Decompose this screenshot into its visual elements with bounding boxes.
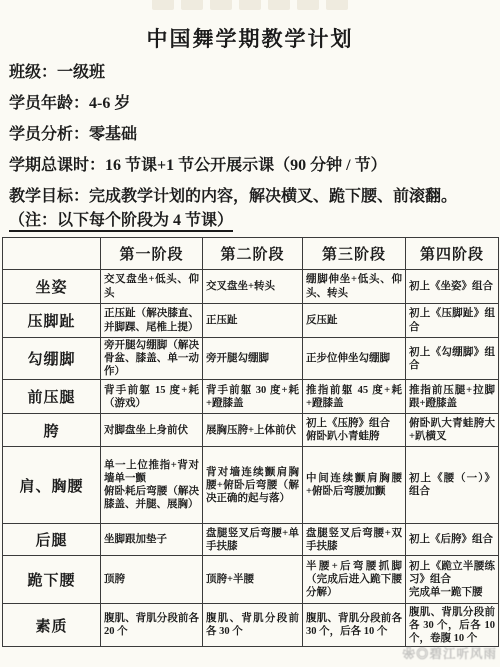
table-cell: 对脚盘坐上身前伏 (101, 414, 203, 447)
info-line: 学员年龄：4-6 岁 (9, 88, 494, 119)
table-row: 勾绷脚旁开腿勾绷脚（解决骨盆、膝盖、单一动作）旁开腿勾绷脚正步位伸坐勾绷脚初上《… (3, 338, 499, 380)
row-label: 压脚趾 (3, 304, 101, 338)
page-title: 中国舞学期教学计划 (0, 23, 500, 53)
table-cell: 初上《压胯》组合 俯卧趴小青蛙胯 (303, 414, 406, 447)
column-header (3, 238, 101, 270)
table-cell: 背手前躯 30 度+耗+蹬膝盖 (203, 380, 303, 414)
table-cell: 初上《勾绷脚》组合 (406, 338, 499, 380)
column-header: 第二阶段 (203, 238, 303, 270)
table-row: 前压腿背手前躯 15 度+耗（游戏）背手前躯 30 度+耗+蹬膝盖推指前躯 45… (3, 380, 499, 414)
table-cell: 半腰+后弯腰抓脚（完成后进入跪下腰分解） (303, 556, 406, 604)
table-cell: 反压趾 (303, 304, 406, 338)
table-row: 压脚趾正压趾（解决膝直、并脚踝、尾椎上提）正压趾反压趾初上《压脚趾》组合 (3, 304, 499, 338)
row-label: 素质 (3, 604, 101, 647)
table-cell: 腹肌、背肌分段前各 30 个 (203, 604, 303, 647)
table-cell: 旁开腿勾绷脚 (203, 338, 303, 380)
row-label: 前压腿 (3, 380, 101, 414)
table-header: 第一阶段第二阶段第三阶段第四阶段 (3, 238, 499, 270)
table-cell: 初上《坐姿》组合 (406, 270, 499, 304)
table-cell: 顶胯 (101, 556, 203, 604)
table-cell: 俯卧趴大青蛙胯大+趴横叉 (406, 414, 499, 447)
table-row: 跪下腰顶胯顶胯+半腰半腰+后弯腰抓脚（完成后进入跪下腰分解）初上《跪立半腰练习》… (3, 556, 499, 604)
table-row: 肩、胸腰单一上位推指+背对墙单一颤 俯卧耗后弯腰（解决膝盖、并腿、展胸）背对墙连… (3, 447, 499, 524)
bottom-watermark: ❀◎碧江听风雨 (402, 644, 497, 662)
table-row: 素质腹肌、背肌分段前各 20 个腹肌、背肌分段前各 30 个腹肌、背肌分段前各 … (3, 604, 499, 647)
table-row: 后腿坐脚跟加垫子盘腿竖叉后弯腰+单手扶膝盘腿竖叉后弯腰+双手扶膝初上《后胯》组合 (3, 524, 499, 556)
document-page: 中国舞学期教学计划 班级：一级班学员年龄：4-6 岁学员分析：零基础学期总课时：… (0, 0, 500, 667)
table-cell: 正压趾 (203, 304, 303, 338)
table-cell: 中间连续颤肩胸腰+俯卧后弯腰加颤 (303, 447, 406, 524)
table-cell: 展胸压胯+上体前伏 (203, 414, 303, 447)
table-cell: 交叉盘坐+低头、仰头 (101, 270, 203, 304)
row-label: 后腿 (3, 524, 101, 556)
top-watermark (152, 0, 348, 11)
row-label: 跪下腰 (3, 556, 101, 604)
table-cell: 初上《腰（一）》组合 (406, 447, 499, 524)
table-cell: 正压趾（解决膝直、并脚踝、尾椎上提） (101, 304, 203, 338)
note-line: （注：以下每个阶段为 4 节课） (9, 205, 233, 236)
table-cell: 初上《跪立半腰练习》组合 完成单一跪下腰 (406, 556, 499, 604)
table-cell: 顶胯+半腰 (203, 556, 303, 604)
table-cell: 旁开腿勾绷脚（解决骨盆、膝盖、单一动作） (101, 338, 203, 380)
row-label: 坐姿 (3, 270, 101, 304)
info-line: 班级：一级班 (9, 57, 494, 88)
table-cell: 腹肌、背肌分段前各 30 个，后各 10 个，卷腹 10 个 (406, 604, 499, 647)
table-cell: 坐脚跟加垫子 (101, 524, 203, 556)
table-cell: 盘腿竖叉后弯腰+单手扶膝 (203, 524, 303, 556)
info-line: 学期总课时：16 节课+1 节公开展示课（90 分钟 / 节） (9, 150, 494, 181)
table-cell: 绷脚伸坐+低头、仰头、转头 (303, 270, 406, 304)
table-cell: 交叉盘坐+转头 (203, 270, 303, 304)
table-body: 坐姿交叉盘坐+低头、仰头交叉盘坐+转头绷脚伸坐+低头、仰头、转头初上《坐姿》组合… (3, 270, 499, 647)
table-cell: 背手前躯 15 度+耗（游戏） (101, 380, 203, 414)
table-cell: 初上《压脚趾》组合 (406, 304, 499, 338)
table-cell: 腹肌、背肌分段前各 30 个，后各 10 个 (303, 604, 406, 647)
row-label: 肩、胸腰 (3, 447, 101, 524)
info-lines: 班级：一级班学员年龄：4-6 岁学员分析：零基础学期总课时：16 节课+1 节公… (9, 57, 494, 212)
info-line: 学员分析：零基础 (9, 119, 494, 150)
table-row: 胯对脚盘坐上身前伏展胸压胯+上体前伏初上《压胯》组合 俯卧趴小青蛙胯俯卧趴大青蛙… (3, 414, 499, 447)
table-cell: 推指前压腿+拉脚跟+蹬膝盖 (406, 380, 499, 414)
table-row: 坐姿交叉盘坐+低头、仰头交叉盘坐+转头绷脚伸坐+低头、仰头、转头初上《坐姿》组合 (3, 270, 499, 304)
table-cell: 腹肌、背肌分段前各 20 个 (101, 604, 203, 647)
column-header: 第四阶段 (406, 238, 499, 270)
table-cell: 盘腿竖叉后弯腰+双手扶膝 (303, 524, 406, 556)
column-header: 第一阶段 (101, 238, 203, 270)
column-header: 第三阶段 (303, 238, 406, 270)
note-text: （注：以下每个阶段为 4 节课） (9, 212, 233, 232)
teaching-plan-table: 第一阶段第二阶段第三阶段第四阶段 坐姿交叉盘坐+低头、仰头交叉盘坐+转头绷脚伸坐… (2, 237, 499, 647)
row-label: 勾绷脚 (3, 338, 101, 380)
table-cell: 正步位伸坐勾绷脚 (303, 338, 406, 380)
table-cell: 背对墙连续颤肩胸腰+俯卧后弯腰（解决正确的起与落） (203, 447, 303, 524)
row-label: 胯 (3, 414, 101, 447)
table-cell: 推指前躯 45 度+耗+蹬膝盖 (303, 380, 406, 414)
table-cell: 初上《后胯》组合 (406, 524, 499, 556)
table-cell: 单一上位推指+背对墙单一颤 俯卧耗后弯腰（解决膝盖、并腿、展胸） (101, 447, 203, 524)
